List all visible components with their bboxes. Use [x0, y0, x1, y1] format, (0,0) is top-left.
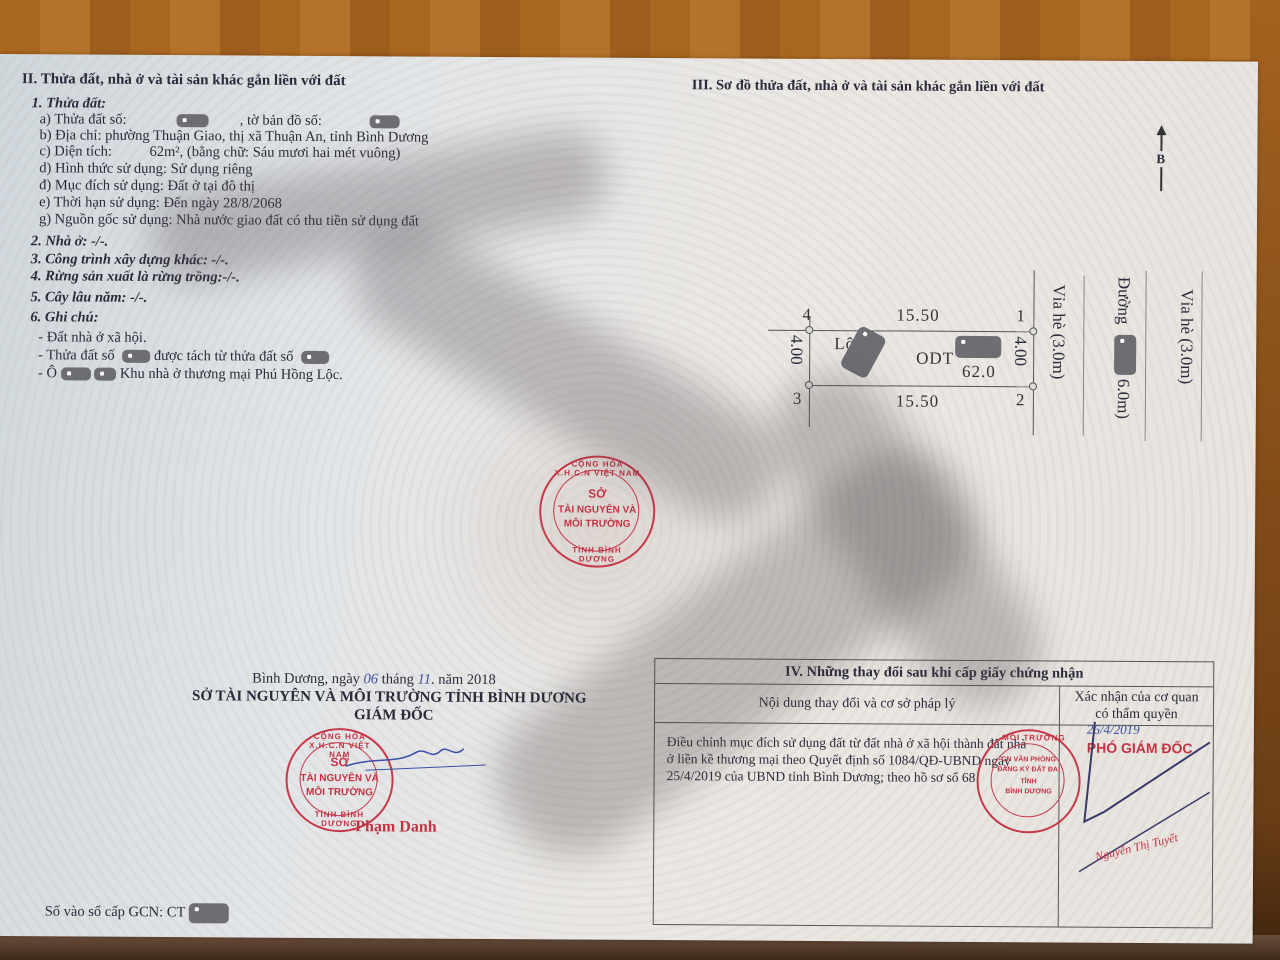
- col-authority-header: Xác nhận của cơ quan có thẩm quyền: [1060, 686, 1213, 726]
- note-lot: - Ô Khu nhà ở thương mại Phú Hồng Lộc.: [38, 364, 343, 384]
- perennial-item: 5. Cây lâu năm: -/-.: [30, 288, 147, 307]
- north-label: B: [1156, 151, 1165, 167]
- issue-day: 06: [364, 671, 379, 687]
- left-width: 4.00: [786, 335, 806, 365]
- department-seal-center: CỘNG HÒA X.H.C.N VIỆT NAM SỞ TÀI NGUYÊN …: [539, 455, 656, 568]
- top-length: 15.50: [896, 305, 939, 325]
- area-value: 62m², (bằng chữ: Sáu mươi hai mét vuông): [149, 144, 400, 162]
- redacted-lot-b: [94, 368, 116, 381]
- notes-heading: 6. Ghi chú:: [30, 308, 98, 326]
- plot-area: 62.0: [962, 362, 996, 382]
- redacted-parcel-number: [176, 114, 208, 127]
- redacted-lot-number: [839, 325, 887, 380]
- wood-table-top: [0, 0, 1280, 60]
- issuing-agency: SỞ TÀI NGUYÊN VÀ MÔI TRƯỜNG TỈNH BÌNH DƯ…: [192, 687, 587, 707]
- area-label: c) Diện tích:: [39, 143, 112, 159]
- redacted-parcel: [122, 350, 150, 363]
- parcel-number-label: a) Thửa đất số:: [40, 111, 127, 128]
- redacted-source-parcel: [301, 351, 329, 364]
- house-item: 2. Nhà ở: -/-.: [31, 232, 109, 250]
- director-signature-scribble: [336, 736, 496, 777]
- road-width: 6.0m): [1113, 379, 1133, 419]
- road-outer-line: [1145, 271, 1147, 441]
- north-arrow-icon: [1157, 125, 1167, 135]
- map-sheet-label: , tờ bản đồ số:: [240, 112, 322, 129]
- sidewalk-near-outer-line: [1083, 276, 1085, 436]
- issue-month: 11: [417, 672, 431, 688]
- signer-position: GIÁM ĐỐC: [354, 706, 434, 724]
- redacted-certificate-number: [189, 903, 229, 923]
- corner-1-label: 1: [1016, 306, 1026, 326]
- redacted-lot-a: [61, 368, 91, 381]
- corner-2-label: 2: [1016, 390, 1026, 410]
- land-use-code: ODT: [916, 349, 954, 369]
- corner-3-label: 3: [793, 389, 803, 409]
- note-social-housing: - Đất nhà ở xã hội.: [38, 328, 146, 347]
- corner-3-marker: [805, 381, 813, 389]
- land-use-certificate-page: II. Thửa đất, nhà ở và tài sản khác gắn …: [0, 54, 1258, 944]
- sidewalk-far-label: Vỉa hè (3.0m): [1176, 289, 1197, 384]
- right-width: 4.00: [1010, 336, 1030, 366]
- corner-2-marker: [1029, 382, 1037, 390]
- note-parcel-split: - Thửa đất số được tách từ thửa đất số: [38, 346, 329, 366]
- plot-bottom-edge: [808, 385, 1030, 387]
- land-origin: g) Nguồn gốc sử dụng: Nhà nước giao đất …: [39, 210, 419, 230]
- corner-4-label: 4: [802, 305, 812, 325]
- sidewalk-near-label: Vỉa hè (3.0m): [1048, 284, 1069, 379]
- planted-forest-item: 4. Rừng sản xuất là rừng trồng:-/-.: [31, 267, 240, 286]
- bottom-length: 15.50: [896, 391, 939, 411]
- corner-1-marker: [1029, 327, 1037, 335]
- sidewalk-far-outer-line: [1201, 271, 1203, 441]
- signer-name: Phạm Danh: [355, 818, 436, 836]
- corner-4-marker: [805, 326, 813, 334]
- redacted-land-code-suffix: [955, 336, 1001, 358]
- changes-table: IV. Những thay đổi sau khi cấp giấy chứn…: [653, 658, 1215, 928]
- section4-title: IV. Những thay đổi sau khi cấp giấy chứn…: [655, 659, 1213, 687]
- road-label: Đường: [1113, 277, 1133, 325]
- redacted-road-name: [1114, 335, 1136, 375]
- issue-place-date: Bình Dương, ngày 06 tháng 11. năm 2018: [252, 670, 496, 689]
- deputy-director-signature: [984, 721, 1215, 892]
- redacted-map-sheet: [370, 115, 400, 128]
- col-change-content-header: Nội dung thay đổi và cơ sở pháp lý: [655, 684, 1059, 725]
- plot-right-edge: [1033, 270, 1035, 435]
- section3-title: III. Sơ đồ thửa đất, nhà ở và tài sản kh…: [692, 76, 1045, 96]
- section2-title: II. Thửa đất, nhà ở và tài sản khác gắn …: [22, 70, 346, 90]
- certificate-book-number: Số vào sổ cấp GCN: CT: [45, 902, 229, 923]
